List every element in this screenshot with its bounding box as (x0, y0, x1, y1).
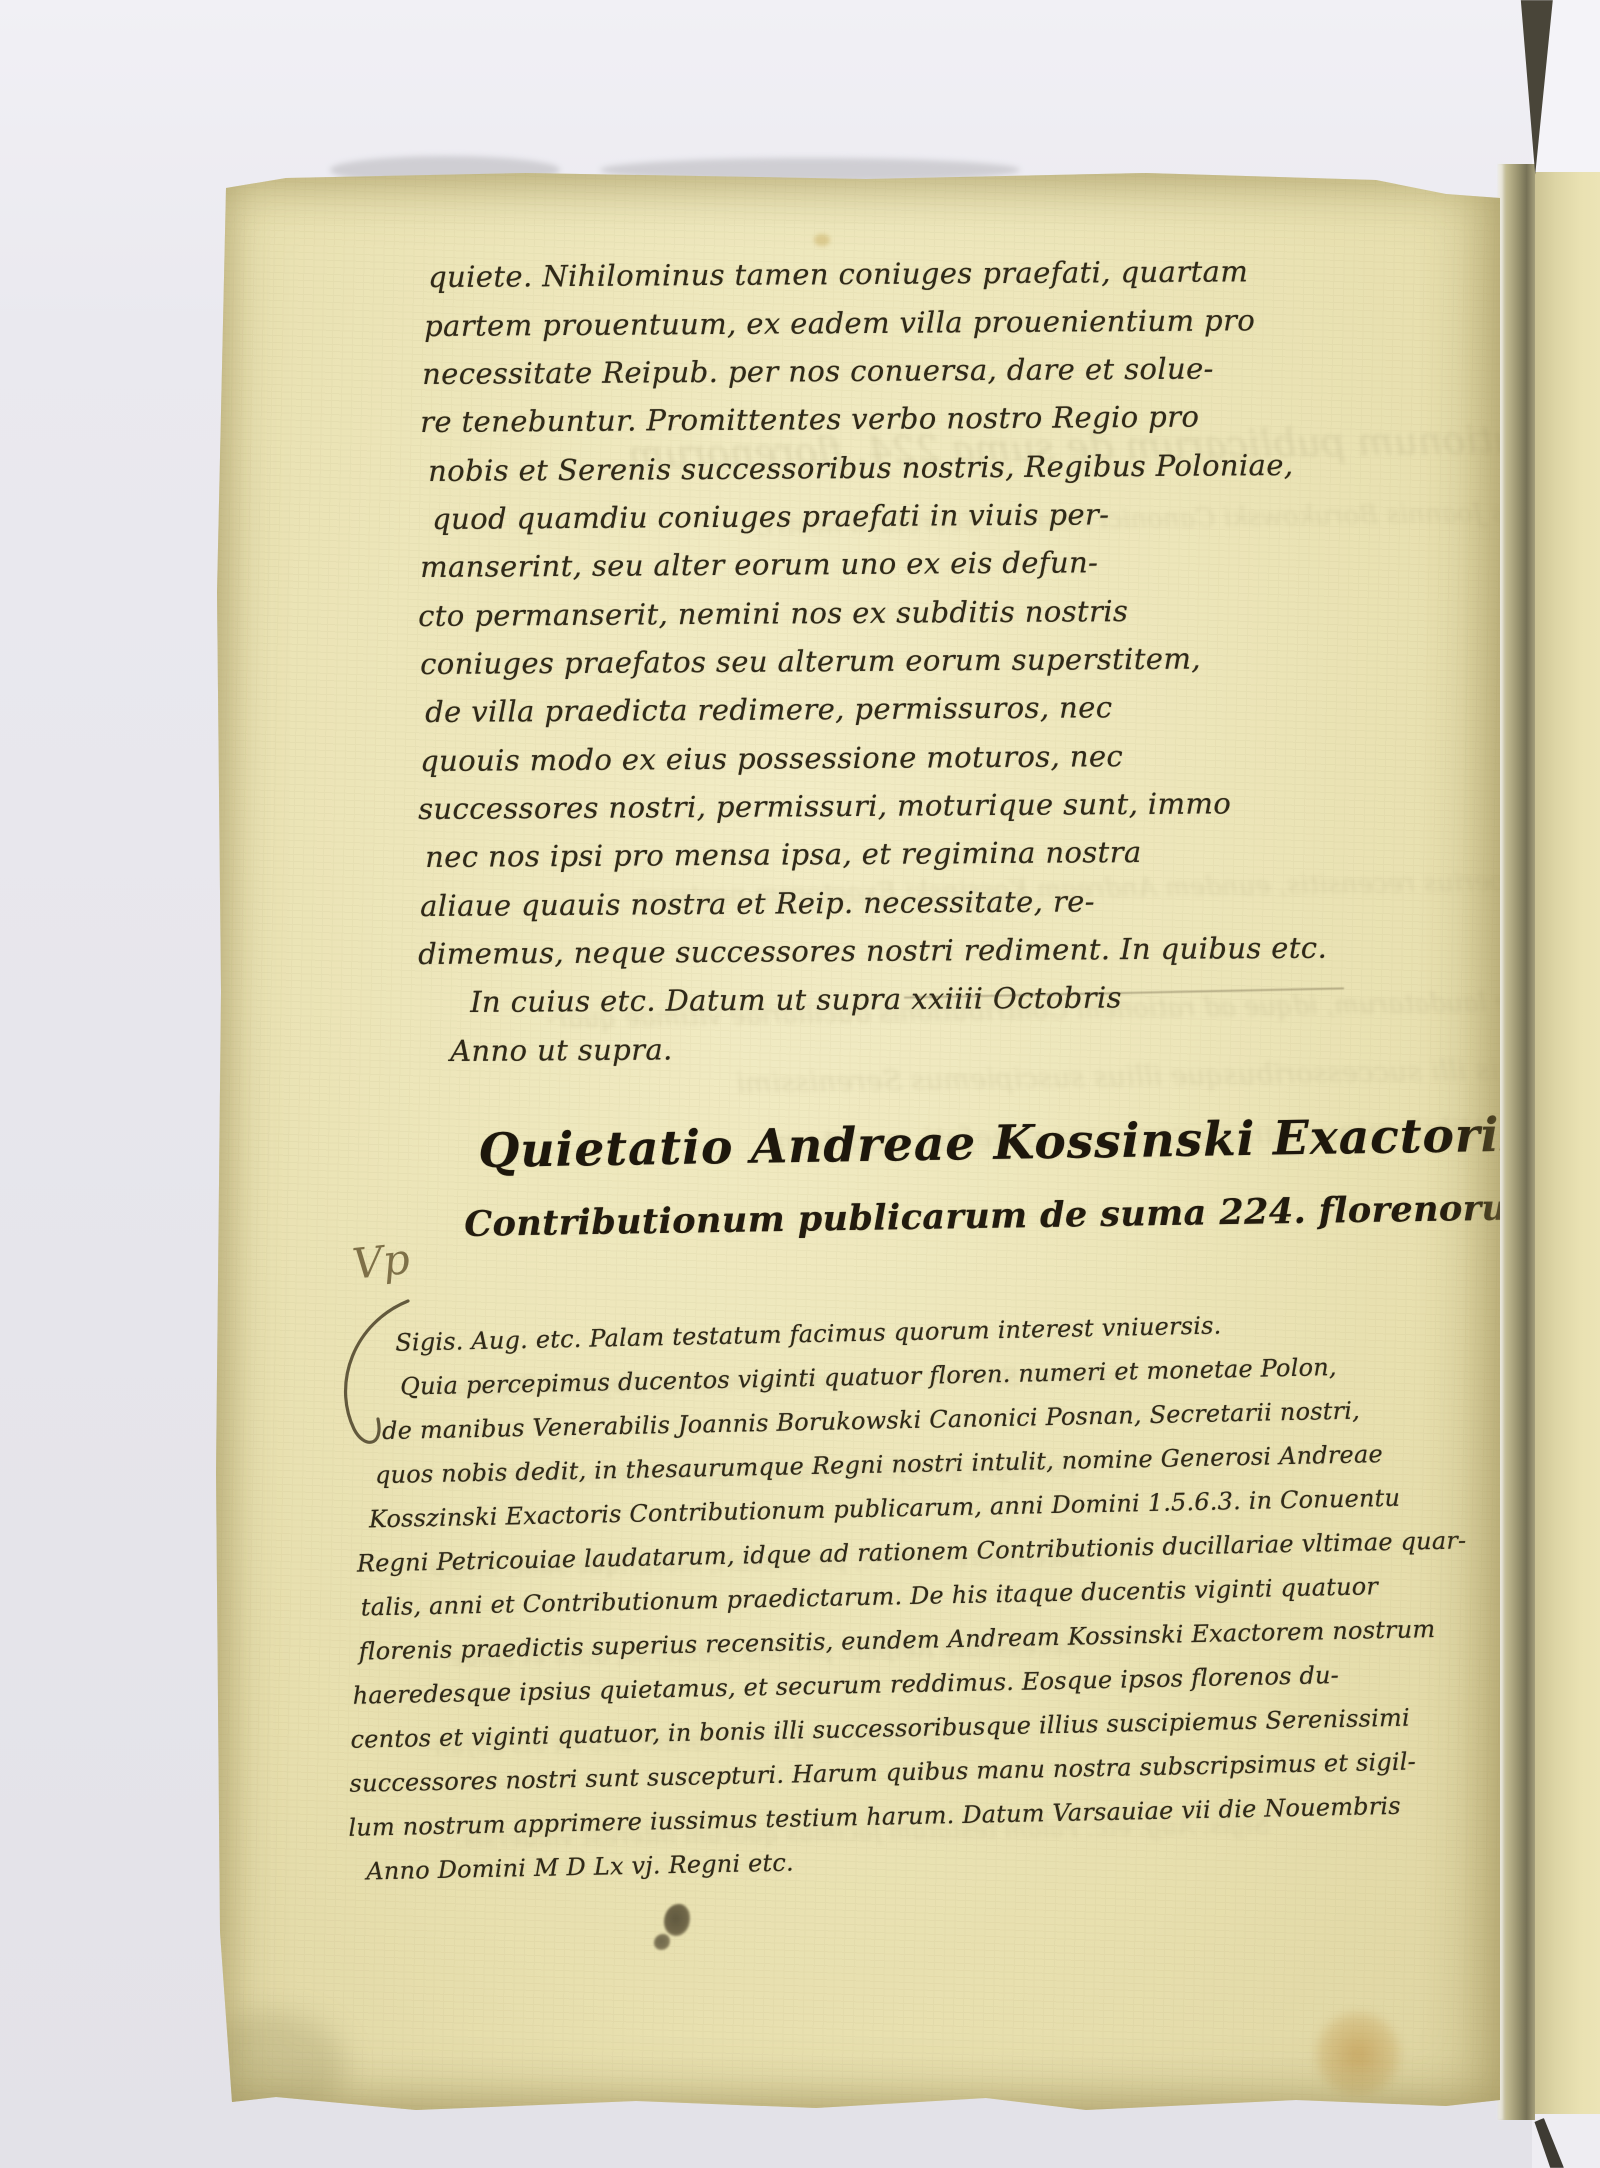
manuscript-line: de manibus Venerabilis Joannis Borukowsk… (382, 1397, 1360, 1445)
manuscript-line: florenis praedictis superius recensitis,… (358, 1615, 1435, 1666)
manuscript-line: quiete. Nihilominus tamen coniuges praef… (428, 254, 1248, 294)
manuscript-line: necessitate Reipub. per nos conuersa, da… (422, 351, 1214, 391)
manuscript-line: lum nostrum apprimere iussimus testium h… (348, 1792, 1401, 1842)
margin-mark: Vp (350, 1234, 412, 1289)
manuscript-scan: Contributionum publicarum de suma 224. f… (0, 0, 1600, 2168)
manuscript-line: partem prouentuum, ex eadem villa prouen… (424, 303, 1255, 343)
edge-discoloration (196, 2012, 346, 2122)
manuscript-line: cto permanserit, nemini nos ex subditis … (418, 594, 1128, 633)
manuscript-line: nobis et Serenis successoribus nostris, … (428, 448, 1294, 488)
manuscript-line: re tenebuntur. Promittentes verbo nostro… (420, 400, 1199, 439)
parchment-page: Contributionum publicarum de suma 224. f… (216, 172, 1500, 2112)
manuscript-line: Regni Petricouiae laudatarum, idque ad r… (357, 1526, 1467, 1577)
manuscript-line: successores nostri, permissuri, moturiqu… (418, 786, 1231, 826)
manuscript-line: Quia percepimus ducentos viginti quatuor… (400, 1353, 1337, 1401)
manuscript-line: Kosszinski Exactoris Contributionum publ… (369, 1484, 1401, 1534)
adjacent-page-edge (1532, 172, 1600, 2116)
manuscript-line: successores nostri sunt suscepturi. Haru… (349, 1747, 1416, 1797)
manuscript-line: quod quamdiu coniuges praefati in viuis … (432, 497, 1110, 536)
manuscript-line: manserint, seu alter eorum uno ex eis de… (420, 545, 1098, 584)
manuscript-line: aliaue quauis nostra et Reip. necessitat… (420, 884, 1095, 923)
ink-blot (654, 1934, 670, 1950)
paper-spot (814, 234, 830, 246)
manuscript-line: coniuges praefatos seu alterum eorum sup… (420, 642, 1201, 681)
manuscript-line: quos nobis dedit, in thesaurumque Regni … (375, 1440, 1383, 1489)
manuscript-line: haeredesque ipsius quietamus, et securum… (352, 1661, 1339, 1710)
section-heading-line-2: Contributionum publicarum de suma 224. f… (464, 1187, 1558, 1245)
section-heading-line-1: Quietatio Andreae Kossinski Exactoris (478, 1108, 1527, 1179)
paragraph-block: Sigis. Aug. etc. Palam testatum facimus … (335, 1306, 1507, 1910)
manuscript-line: Anno ut supra. (450, 1032, 673, 1068)
manuscript-line: dimemus, neque successores nostri redime… (418, 931, 1327, 971)
manuscript-line: nec nos ipsi pro mensa ipsa, et regimina… (425, 835, 1142, 874)
manuscript-line: Sigis. Aug. etc. Palam testatum facimus … (395, 1311, 1222, 1356)
manuscript-line: centos et viginti quatuor, in bonis illi… (350, 1704, 1410, 1754)
ink-blot (664, 1904, 690, 1936)
foxing-stain (1316, 2012, 1400, 2096)
manuscript-line: Anno Domini M D Lx vj. Regni etc. (366, 1849, 794, 1886)
ghost-line: centos et viginti quatuor, in bonis illi… (736, 1045, 1600, 1099)
manuscript-line: de villa praedicta redimere, permissuros… (425, 690, 1113, 729)
manuscript-line: quouis modo ex eius possessione moturos,… (420, 739, 1123, 778)
manuscript-line: talis, anni et Contributionum praedictar… (361, 1572, 1379, 1621)
manuscript-line: In cuius etc. Datum ut supra xxiiii Octo… (470, 980, 1122, 1019)
